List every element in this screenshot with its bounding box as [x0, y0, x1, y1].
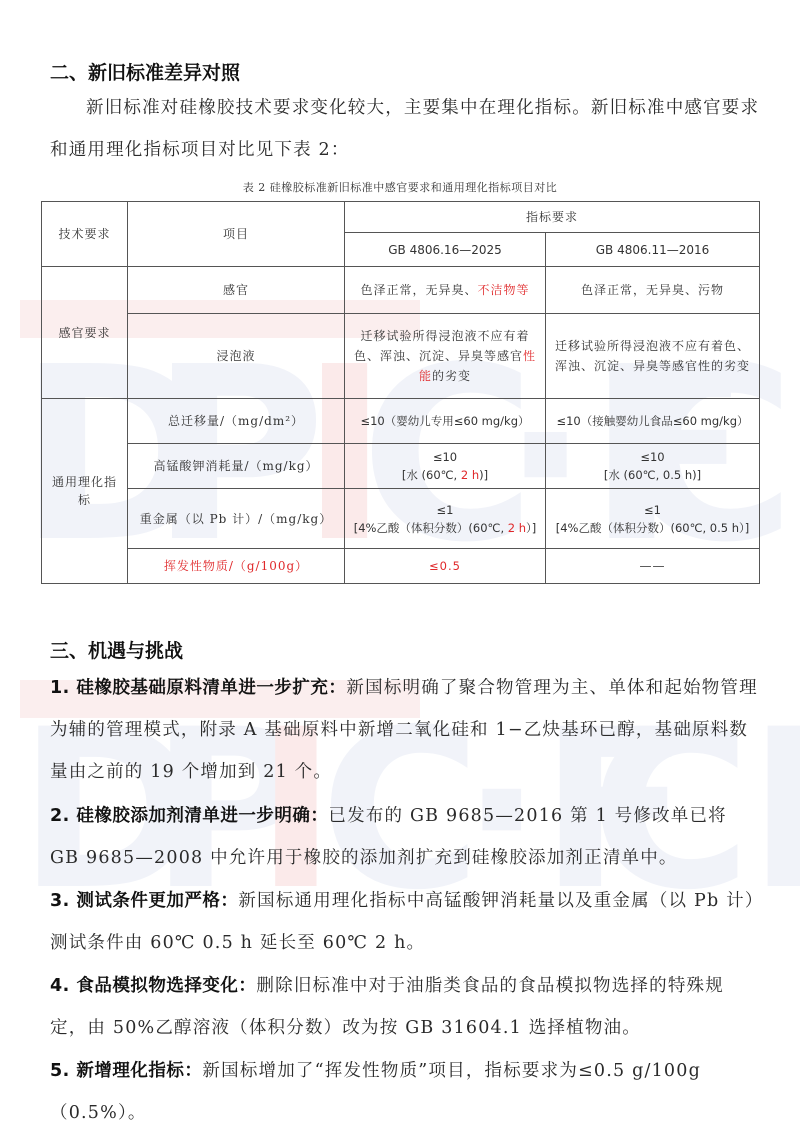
comparison-table: 技术要求 项目 指标要求 GB 4806.16—2025 GB 4806.11—… — [41, 201, 760, 584]
new-value-tail: 的劣变 — [432, 369, 471, 383]
old-value-line2: [水 (60℃, 0.5 h)] — [550, 466, 755, 484]
old-value-overall-migration: ≤10（接触婴幼儿食品≤60 mg/kg） — [546, 399, 760, 444]
header-new-standard: GB 4806.16—2025 — [345, 233, 546, 267]
new-value-text: [水 (60℃, — [402, 468, 461, 482]
new-value-tail: ）] — [526, 521, 536, 535]
old-value-line2: [4%乙酸（体积分数）(60℃, 0.5 h）] — [550, 519, 755, 537]
new-value-highlight: 2 h — [508, 521, 526, 535]
challenge-title: 3. 测试条件更加严格： — [50, 891, 238, 911]
section2-intro: 新旧标准对硅橡胶技术要求变化较大，主要集中在理化指标。新旧标准中感官要求和通用理… — [50, 87, 760, 171]
section3-heading: 三、机遇与挑战 — [50, 636, 183, 663]
challenge-title: 1. 硅橡胶基础原料清单进一步扩充： — [50, 678, 346, 698]
challenge-item-3: 3. 测试条件更加严格：新国标通用理化指标中高锰酸钾消耗量以及重金属（以 Pb … — [50, 880, 760, 964]
table-row: 重金属（以 Pb 计）/（mg/kg） ≤1 [4%乙酸（体积分数）(60℃, … — [42, 489, 760, 549]
section2-heading: 二、新旧标准差异对照 — [50, 58, 240, 85]
new-value-soak-solution: 迁移试验所得浸泡液不应有着色、浑浊、沉淀、异臭等感官性能的劣变 — [345, 314, 546, 399]
challenge-item-5: 5. 新增理化指标：新国标增加了“挥发性物质”项目，指标要求为≤0.5 g/10… — [50, 1050, 760, 1131]
old-value-volatile: —— — [546, 549, 760, 584]
challenge-title: 4. 食品模拟物选择变化： — [50, 976, 256, 996]
new-value-highlight: 不洁物等 — [478, 283, 530, 297]
table-caption: 表 2 硅橡胶标准新旧标准中感官要求和通用理化指标项目对比 — [0, 179, 800, 195]
challenge-item-2: 2. 硅橡胶添加剂清单进一步明确：已发布的 GB 9685—2016 第 1 号… — [50, 795, 760, 879]
new-value-kmno4: ≤10 [水 (60℃, 2 h)] — [345, 444, 546, 489]
new-value-heavy-metals: ≤1 [4%乙酸（体积分数）(60℃, 2 h）] — [345, 489, 546, 549]
header-indicator: 指标要求 — [345, 202, 760, 233]
new-value-tail: )] — [479, 468, 488, 482]
new-value-sensory: 色泽正常，无异臭、不洁物等 — [345, 267, 546, 314]
old-value-line1: ≤10 — [550, 448, 755, 466]
item-kmno4-consumption: 高锰酸钾消耗量/（mg/kg） — [128, 444, 345, 489]
old-value-kmno4: ≤10 [水 (60℃, 0.5 h)] — [546, 444, 760, 489]
new-value-line1: ≤1 — [349, 501, 541, 519]
new-value-line2: [水 (60℃, 2 h)] — [349, 466, 541, 484]
new-value-volatile: ≤0.5 — [345, 549, 546, 584]
item-volatile-substances: 挥发性物质/（g/100g） — [128, 549, 345, 584]
new-value-text: 色泽正常，无异臭、 — [360, 283, 477, 297]
old-value-heavy-metals: ≤1 [4%乙酸（体积分数）(60℃, 0.5 h）] — [546, 489, 760, 549]
header-item: 项目 — [128, 202, 345, 267]
table-row: 高锰酸钾消耗量/（mg/kg） ≤10 [水 (60℃, 2 h)] ≤10 [… — [42, 444, 760, 489]
table-row: 挥发性物质/（g/100g） ≤0.5 —— — [42, 549, 760, 584]
challenge-item-4: 4. 食品模拟物选择变化：删除旧标准中对于油脂类食品的食品模拟物选择的特殊规定，… — [50, 965, 760, 1049]
table-row: 浸泡液 迁移试验所得浸泡液不应有着色、浑浊、沉淀、异臭等感官性能的劣变 迁移试验… — [42, 314, 760, 399]
group-label-sensory: 感官要求 — [42, 267, 128, 399]
item-heavy-metals: 重金属（以 Pb 计）/（mg/kg） — [128, 489, 345, 549]
new-value-text: 迁移试验所得浸泡液不应有着色、浑浊、沉淀、异臭等感官 — [354, 329, 530, 363]
new-value-overall-migration: ≤10（婴幼儿专用≤60 mg/kg） — [345, 399, 546, 444]
table-row: 感官要求 感官 色泽正常，无异臭、不洁物等 色泽正常，无异臭、污物 — [42, 267, 760, 314]
new-value-highlight: 2 h — [461, 468, 479, 482]
item-sensory: 感官 — [128, 267, 345, 314]
challenge-title: 2. 硅橡胶添加剂清单进一步明确： — [50, 806, 328, 826]
new-value-line2: [4%乙酸（体积分数）(60℃, 2 h）] — [349, 519, 541, 537]
new-value-line1: ≤10 — [349, 448, 541, 466]
new-value-text: [4%乙酸（体积分数）(60℃, — [354, 521, 508, 535]
header-old-standard: GB 4806.11—2016 — [546, 233, 760, 267]
challenge-title: 5. 新增理化指标： — [50, 1061, 202, 1081]
item-overall-migration: 总迁移量/（mg/dm²） — [128, 399, 345, 444]
old-value-soak-solution: 迁移试验所得浸泡液不应有着色、浑浊、沉淀、异臭等感官性的劣变 — [546, 314, 760, 399]
table-row: 通用理化指标 总迁移量/（mg/dm²） ≤10（婴幼儿专用≤60 mg/kg）… — [42, 399, 760, 444]
group-label-physchem: 通用理化指标 — [42, 399, 128, 584]
challenge-item-1: 1. 硅橡胶基础原料清单进一步扩充：新国标明确了聚合物管理为主、单体和起始物管理… — [50, 667, 760, 793]
table-header-row: 技术要求 项目 指标要求 — [42, 202, 760, 233]
old-value-line1: ≤1 — [550, 501, 755, 519]
header-tech-requirement: 技术要求 — [42, 202, 128, 267]
old-value-sensory: 色泽正常，无异臭、污物 — [546, 267, 760, 314]
item-soak-solution: 浸泡液 — [128, 314, 345, 399]
